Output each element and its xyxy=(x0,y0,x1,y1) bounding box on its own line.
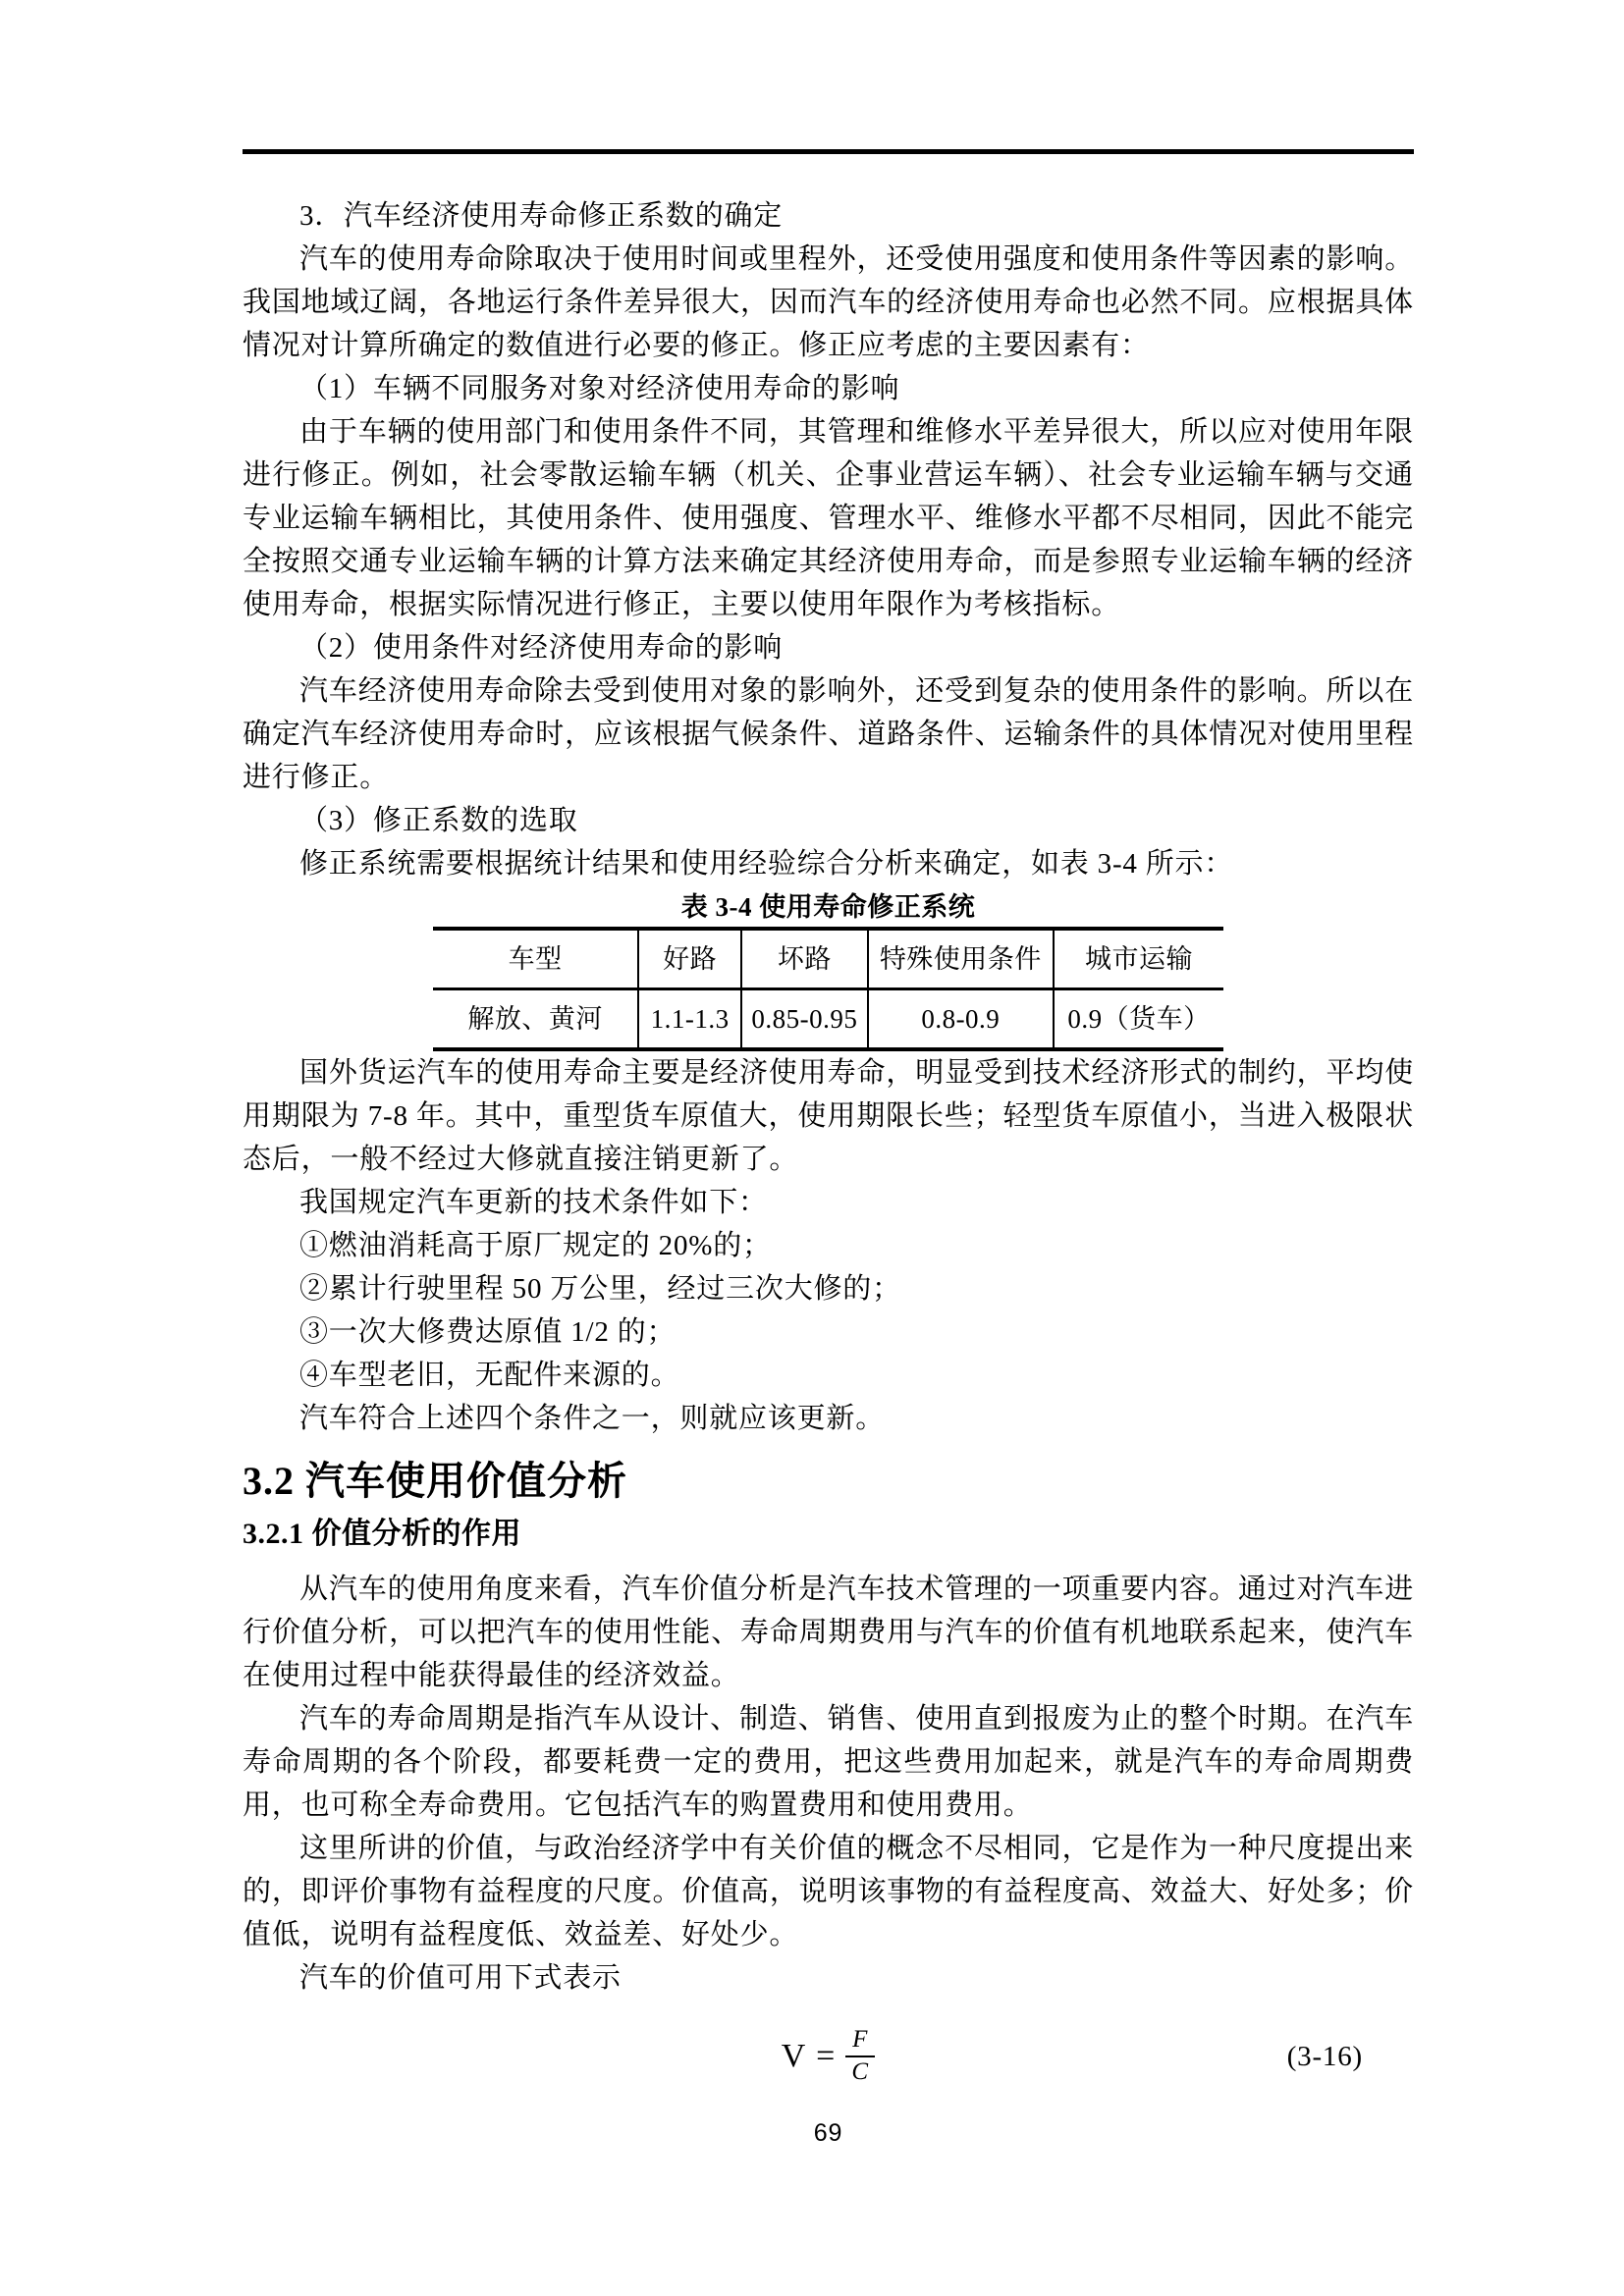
page-number: 69 xyxy=(243,2111,1414,2155)
formula-equals-sign: = xyxy=(816,2035,836,2078)
condition-item-3: ③一次大修费达原值 1/2 的； xyxy=(243,1310,1414,1354)
paragraph-6: 我国规定汽车更新的技术条件如下： xyxy=(243,1181,1414,1224)
paragraph-1: 汽车的使用寿命除取决于使用时间或里程外，还受使用强度和使用条件等因素的影响。我国… xyxy=(243,238,1414,367)
table-cell-vehicle-type: 解放、黄河 xyxy=(433,989,638,1050)
table-cell-urban-transport: 0.9（货车） xyxy=(1054,989,1223,1050)
life-correction-table: 车型 好路 坏路 特殊使用条件 城市运输 解放、黄河 1.1-1.3 0.85-… xyxy=(433,927,1223,1051)
table-row: 解放、黄河 1.1-1.3 0.85-0.95 0.8-0.9 0.9（货车） xyxy=(433,989,1223,1050)
page-content: 3．汽车经济使用寿命修正系数的确定 汽车的使用寿命除取决于使用时间或里程外，还受… xyxy=(243,149,1414,2155)
formula-v-equals-f-over-c: V = F C xyxy=(782,2026,875,2087)
formula-fraction: F C xyxy=(845,2026,875,2087)
sub-item-1-heading: （1）车辆不同服务对象对经济使用寿命的影响 xyxy=(243,367,1414,410)
paragraph-9: 汽车的寿命周期是指汽车从设计、制造、销售、使用直到报废为止的整个时期。在汽车寿命… xyxy=(243,1697,1414,1827)
formula-lhs: V xyxy=(782,2035,806,2078)
table-header-row: 车型 好路 坏路 特殊使用条件 城市运输 xyxy=(433,929,1223,989)
condition-item-4: ④车型老旧，无配件来源的。 xyxy=(243,1354,1414,1397)
equation-3-16-row: V = F C (3-16) xyxy=(243,2009,1414,2104)
sub-item-2-heading: （2）使用条件对经济使用寿命的影响 xyxy=(243,626,1414,669)
table-header-good-road: 好路 xyxy=(638,929,741,989)
table-cell-good-road: 1.1-1.3 xyxy=(638,989,741,1050)
paragraph-5: 国外货运汽车的使用寿命主要是经济使用寿命，明显受到技术经济形式的制约，平均使用期… xyxy=(243,1051,1414,1181)
body-text: 3．汽车经济使用寿命修正系数的确定 汽车的使用寿命除取决于使用时间或里程外，还受… xyxy=(243,194,1414,2155)
paragraph-7: 汽车符合上述四个条件之一，则就应该更新。 xyxy=(243,1397,1414,1440)
paragraph-4: 修正系统需要根据统计结果和使用经验综合分析来确定，如表 3-4 所示： xyxy=(243,842,1414,885)
equation-number: (3-16) xyxy=(1287,2035,1363,2078)
sub-item-3-heading: （3）修正系数的选取 xyxy=(243,799,1414,842)
table-header-special-conditions: 特殊使用条件 xyxy=(868,929,1054,989)
formula-numerator: F xyxy=(845,2026,875,2057)
condition-item-1: ①燃油消耗高于原厂规定的 20%的； xyxy=(243,1224,1414,1267)
table-header-vehicle-type: 车型 xyxy=(433,929,638,989)
header-rule xyxy=(243,149,1414,154)
section-3-2-heading: 3.2 汽车使用价值分析 xyxy=(243,1458,1414,1505)
table-header-bad-road: 坏路 xyxy=(741,929,868,989)
table-caption: 表 3-4 使用寿命修正系统 xyxy=(243,887,1414,927)
table-cell-special-conditions: 0.8-0.9 xyxy=(868,989,1054,1050)
paragraph-2: 由于车辆的使用部门和使用条件不同，其管理和维修水平差异很大，所以应对使用年限进行… xyxy=(243,410,1414,626)
item3-heading: 3．汽车经济使用寿命修正系数的确定 xyxy=(243,194,1414,238)
condition-item-2: ②累计行驶里程 50 万公里，经过三次大修的； xyxy=(243,1267,1414,1310)
paragraph-8: 从汽车的使用角度来看，汽车价值分析是汽车技术管理的一项重要内容。通过对汽车进行价… xyxy=(243,1568,1414,1697)
section-3-2-1-heading: 3.2.1 价值分析的作用 xyxy=(243,1517,1414,1552)
table-header-urban-transport: 城市运输 xyxy=(1054,929,1223,989)
paragraph-3: 汽车经济使用寿命除去受到使用对象的影响外，还受到复杂的使用条件的影响。所以在确定… xyxy=(243,669,1414,799)
formula-denominator: C xyxy=(851,2057,868,2087)
table-cell-bad-road: 0.85-0.95 xyxy=(741,989,868,1050)
paragraph-10: 这里所讲的价值，与政治经济学中有关价值的概念不尽相同，它是作为一种尺度提出来的，… xyxy=(243,1827,1414,1956)
paragraph-11: 汽车的价值可用下式表示 xyxy=(243,1956,1414,2000)
